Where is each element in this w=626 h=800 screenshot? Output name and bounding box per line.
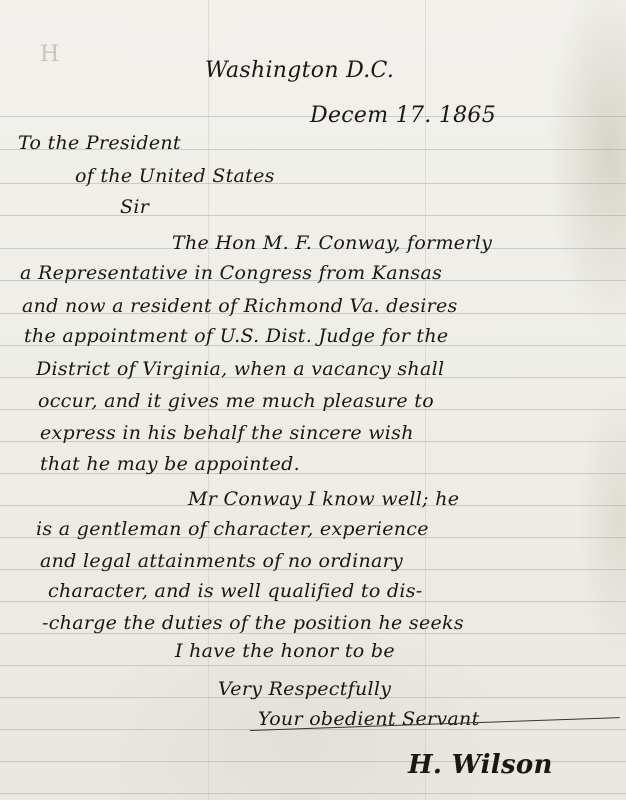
- corner-mark-top-left: H: [40, 42, 59, 67]
- body-line: and legal attainments of no ordinary: [40, 550, 403, 572]
- ruled-line: [0, 215, 626, 216]
- letter-page: H Washington D.C. Decem 17. 1865 To the …: [0, 0, 626, 800]
- body-line: character, and is well qualified to dis-: [48, 580, 423, 602]
- body-line: a Representative in Congress from Kansas: [20, 262, 442, 284]
- recipient-line-2: of the United States: [75, 165, 275, 187]
- ruled-line: [0, 793, 626, 794]
- body-line: The Hon M. F. Conway, formerly: [172, 232, 492, 254]
- recipient-line-1: To the President: [18, 132, 181, 154]
- salutation: Sir: [120, 196, 149, 218]
- body-line: that he may be appointed.: [40, 453, 300, 475]
- ruled-line: [0, 665, 626, 666]
- body-line: the appointment of U.S. Dist. Judge for …: [24, 325, 448, 347]
- body-line: Mr Conway I know well; he: [188, 488, 459, 510]
- body-line: and now a resident of Richmond Va. desir…: [22, 295, 458, 317]
- letter-place: Washington D.C.: [205, 58, 394, 83]
- body-line: -charge the duties of the position he se…: [42, 612, 464, 634]
- closing-line: I have the honor to be: [175, 640, 395, 662]
- body-line: express in his behalf the sincere wish: [40, 422, 414, 444]
- signature: H. Wilson: [408, 750, 553, 780]
- body-line: is a gentleman of character, experience: [36, 518, 429, 540]
- letter-date: Decem 17. 1865: [310, 103, 496, 128]
- closing-line: Very Respectfully: [218, 678, 391, 700]
- body-line: District of Virginia, when a vacancy sha…: [36, 358, 444, 380]
- body-line: occur, and it gives me much pleasure to: [38, 390, 434, 412]
